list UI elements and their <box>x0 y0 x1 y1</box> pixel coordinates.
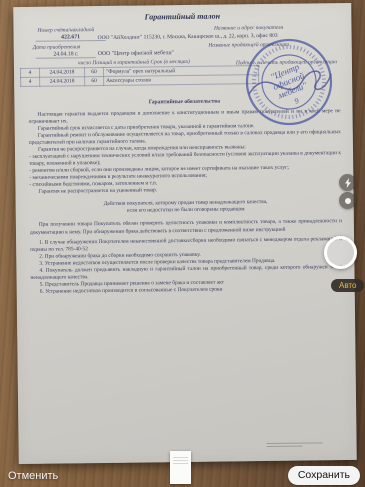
item-date: 24.04.2018 <box>40 77 85 87</box>
auto-capture-button[interactable] <box>339 192 356 209</box>
auto-mode-badge[interactable]: Авто <box>331 279 364 292</box>
thumbnail-text-line <box>173 460 188 461</box>
stamp-number: 9 <box>293 96 300 106</box>
claims-intro: При получении товара Покупатель обязан п… <box>30 219 342 237</box>
seller-value: ООО "Центр офисной мебели" <box>98 50 174 57</box>
fine-print-line <box>267 442 323 444</box>
fine-print-line <box>267 446 303 447</box>
thumbnail-text-line <box>173 457 188 458</box>
item-qty: 4 <box>21 77 40 86</box>
buyer-label: Название и адрес покупателя <box>163 24 333 32</box>
item-term: 60 <box>85 76 104 85</box>
invoice-number-label: Номер счёта/накладной <box>37 27 94 34</box>
capture-mode-icon <box>345 198 351 204</box>
item-term: 60 <box>84 67 103 76</box>
table-row: 4 24.04.2018 60 Аксессуары столов <box>21 75 259 87</box>
shutter-button[interactable] <box>324 236 357 269</box>
cancel-button[interactable]: Отменить <box>8 470 58 482</box>
flash-toggle-button[interactable] <box>339 174 356 191</box>
company-round-stamp: "Центр офисной мебели" 9 <box>243 36 335 128</box>
document-title: Гарантийный талон <box>13 10 351 23</box>
camera-scan-screen: Гарантийный талон Номер счёта/накладной … <box>0 0 365 487</box>
invoice-number-value: 422.671 <box>36 34 106 42</box>
purchase-date-label: Дата приобретения <box>33 44 81 51</box>
item-name: Аксессуары столов <box>104 75 259 86</box>
save-button[interactable]: Сохранить <box>288 466 360 485</box>
flash-icon <box>344 178 352 188</box>
purchase-date-value: 24.04.18 г. <box>36 51 96 59</box>
captured-page-thumbnail[interactable] <box>170 451 191 484</box>
thumbnail-text-line <box>173 463 188 464</box>
item-qty: 4 <box>20 68 39 77</box>
items-table: 4 24.04.2018 60 "Формула" орех натуральн… <box>20 65 259 87</box>
fine-print-lines <box>267 442 323 449</box>
